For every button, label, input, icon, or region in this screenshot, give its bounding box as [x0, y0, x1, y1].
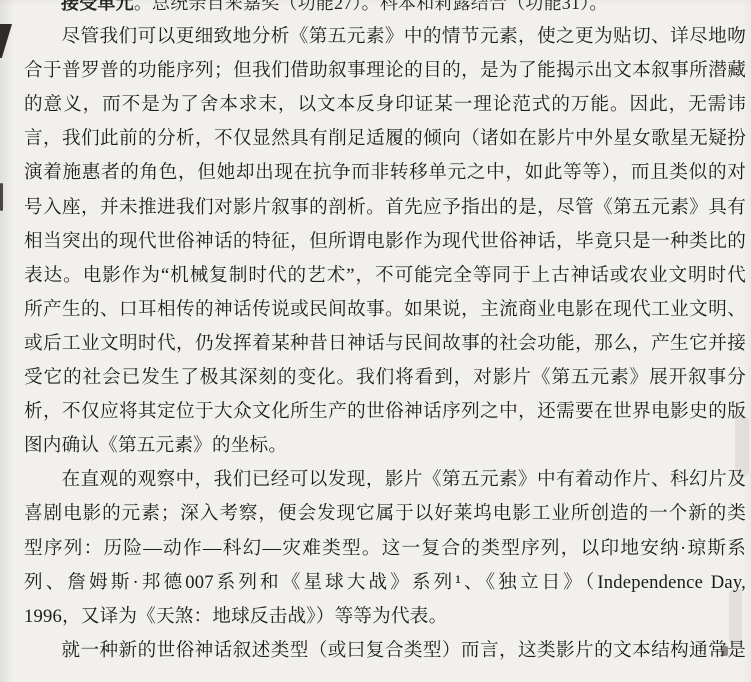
text-line: 演着施惠者的角色，但她却出现在抗争而非转移单元之中，如此等等），而且类似的对	[24, 156, 746, 190]
scan-artifact-left-wedge	[0, 24, 12, 58]
text-line: 1996，又译为《天煞：地球反击战》）等等为代表。	[24, 600, 746, 634]
text-line: 相当突出的现代世俗神话的特征，但所谓电影作为现代世俗神话，毕竟只是一种类比的	[24, 225, 746, 259]
text-line: 图内确认《第五元素》的坐标。	[24, 429, 746, 463]
text-run: 。总统亲自来嘉奖（功能27）。科本和莉露结合（功能31）。	[134, 0, 608, 13]
text-line: 列、詹姆斯·邦德007系列和《星球大战》系列¹、《独立日》（Independen…	[24, 566, 746, 600]
text-line: 合于普罗普的功能序列；但我们借助叙事理论的目的，是为了能揭示出文本叙事所潜藏	[24, 54, 746, 88]
text-line: 尽管我们可以更细致地分析《第五元素》中的情节元素，使之更为贴切、详尽地吻	[24, 20, 746, 54]
text-line: 或后工业文明时代，仍发挥着某种昔日神话与民间故事的社会功能，那么，产生它并接	[24, 327, 746, 361]
text-line: 在直观的观察中，我们已经可以发现，影片《第五元素》中有着动作片、科幻片及	[24, 463, 746, 497]
text-line: 言，我们此前的分析，不仅显然具有削足适履的倾向（诸如在影片中外星女歌星无疑扮	[24, 122, 746, 156]
text-line: 所产生的、口耳相传的神话传说或民间故事。如果说，主流商业电影在现代工业文明、	[24, 293, 746, 327]
scan-artifact-right-smudge	[729, 588, 742, 646]
text-line: 号入座，并未推进我们对影片叙事的剖析。首先应予指出的是，尽管《第五元素》具有	[24, 191, 746, 225]
text-line: 析，不仅应将其定位于大众文化所生产的世俗神话序列之中，还需要在世界电影史的版	[24, 395, 746, 429]
scan-artifact-left-sliver	[0, 183, 3, 211]
text-line: 就一种新的世俗神话叙述类型（或曰复合类型）而言，这类影片的文本结构通常是	[24, 634, 746, 668]
text-line: 型序列：历险—动作—科幻—灾难类型。这一复合的类型序列，以印地安纳·琼斯系	[24, 532, 746, 566]
text-line: 表达。电影作为“机械复制时代的艺术”，不可能完全等同于上古神话或农业文明时代	[24, 259, 746, 293]
text-line: 的意义，而不是为了舍本求末，以文本反身印证某一理论范式的万能。因此，无需讳	[24, 88, 746, 122]
book-page: 接受单元。总统亲自来嘉奖（功能27）。科本和莉露结合（功能31）。 尽管我们可以…	[0, 0, 751, 682]
text-line-partial-top: 接受单元。总统亲自来嘉奖（功能27）。科本和莉露结合（功能31）。	[24, 0, 746, 20]
text-line: 喜剧电影的元素；深入考察，便会发现它属于以好莱坞电影工业所创造的一个新的类	[24, 497, 746, 531]
scan-artifact-right-dot	[721, 646, 728, 656]
bold-term: 接受单元	[61, 0, 134, 13]
body-text: 接受单元。总统亲自来嘉奖（功能27）。科本和莉露结合（功能31）。 尽管我们可以…	[24, 0, 746, 668]
scan-artifact-right-smudge	[735, 415, 749, 477]
text-line: 受它的社会已发生了极其深刻的变化。我们将看到，对影片《第五元素》展开叙事分	[24, 361, 746, 395]
